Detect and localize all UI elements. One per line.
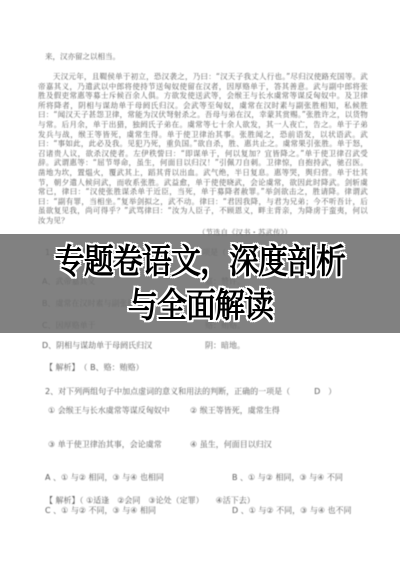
question-2-pair-row-2: ③ 单于使卫律治其事，会论虞常 ④ 虽生，何面目以归汉 [48,439,400,450]
question-2-options-row-2: C 、① 与② 不同，③ 与④ 相同 D 、① 与② 不同，③ 与④ 也不同 [45,505,400,516]
banner-title-line-1: 专题卷语文，深度剖析 [55,240,345,284]
reading-passage-paragraph: 天汉元年，且鞮侯单于初立，恐汉袭之，乃曰：“汉天子我丈人行也。”尽归汉使路充国等… [38,72,368,226]
question-2-pair-1-right: ② 缑王等皆死，虞常生得 [190,405,280,416]
question-2-options-row-1: A 、① 与② 相同，③ 与④ 也相同 B 、① 与② 相同，③ 与④ 不同 [45,472,400,483]
question-1-option-d-gloss: 阴：暗地。 [205,340,245,351]
title-banner-overlay: 专题卷语文，深度剖析 与全面解读 [0,234,400,333]
question-1-option-d: D、阴相与谋劫单于母阏氏归汉 [42,340,152,351]
question-2-analysis: 【 解析】（ ①适逢 ②会同 ③论处（定罪） ④活下去） [45,495,255,506]
question-2-option-b: B 、① 与② 相同，③ 与④ 不同 [232,472,343,483]
question-2-pair-1-left: ① 会缑王与长水虞常等谋反匈奴中 [48,406,170,415]
question-2-option-c: C 、① 与② 不同，③ 与④ 相同 [45,506,156,515]
question-2-option-d: D 、① 与② 不同，③ 与④ 也不同 [232,505,352,516]
question-2-header: 2、对下列两组句子中加点虚词的意义和用法的判断，正确的一项是（ D ） [45,386,336,397]
scanned-exam-page: 来，汉亦留之以相当。 天汉元年，且鞮侯单于初立，恐汉袭之，乃曰：“汉天子我丈人行… [0,0,400,565]
question-2-pair-2-right: ④ 虽生，何面目以归汉 [190,439,272,450]
question-1-analysis: 【 解析】 （ B、赂：贿赂） [45,362,144,373]
banner-title-line-2: 与全面解读 [127,284,272,328]
paragraph-fragment-line: 来，汉亦留之以相当。 [45,51,120,62]
question-2-option-a: A 、① 与② 相同，③ 与④ 也相同 [45,473,164,482]
question-2-pair-row-1: ① 会缑王与长水虞常等谋反匈奴中 ② 缑王等皆死，虞常生得 [48,405,400,416]
question-2-pair-2-left: ③ 单于使卫律治其事，会论虞常 [48,440,162,449]
